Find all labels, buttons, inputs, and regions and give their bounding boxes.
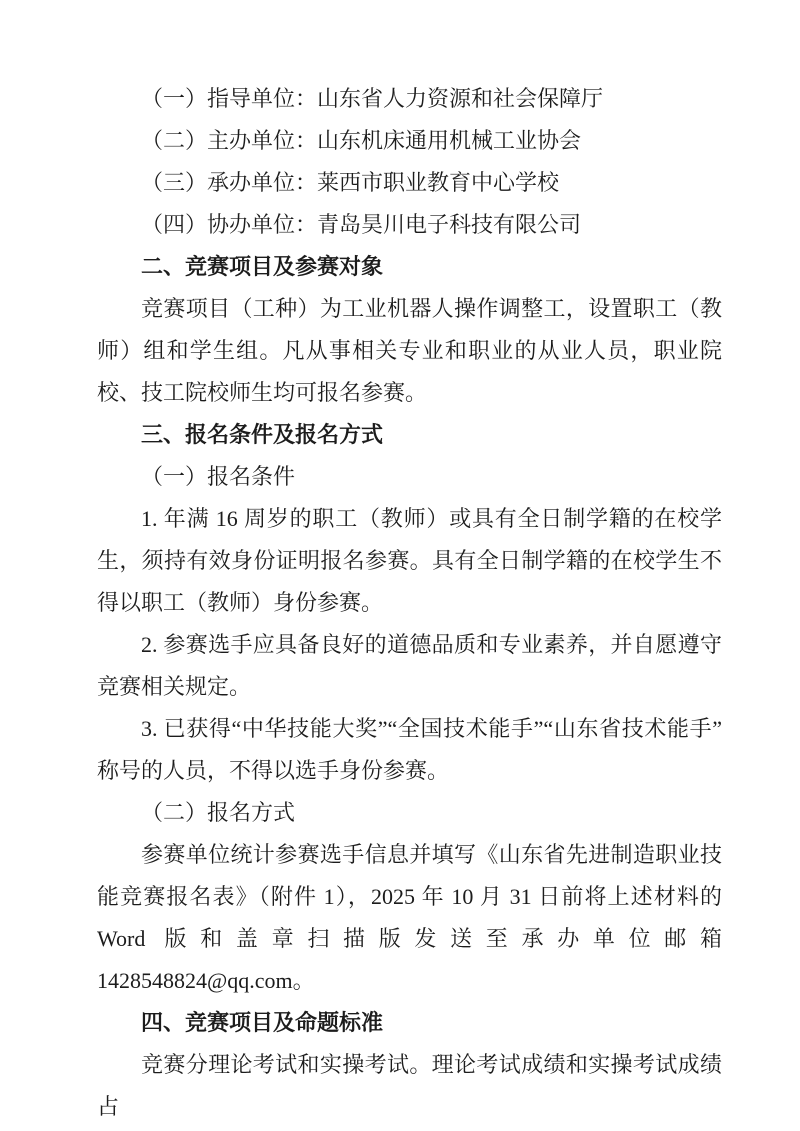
document-body: { "page": { "background_color": "#ffffff… [0, 0, 800, 1131]
organizer-unit-line: （三）承办单位：莱西市职业教育中心学校 [97, 162, 722, 204]
document-content: （一）指导单位：山东省人力资源和社会保障厅（二）主办单位：山东机床通用机械工业协… [0, 0, 800, 1128]
section-heading-2: 二、竞赛项目及参赛对象 [97, 246, 722, 288]
paragraph-project-and-participants: 竞赛项目（工种）为工业机器人操作调整工，设置职工（教师）组和学生组。凡从事相关专… [97, 288, 722, 414]
host-unit-line: （二）主办单位：山东机床通用机械工业协会 [97, 120, 722, 162]
guiding-unit-line: （一）指导单位：山东省人力资源和社会保障厅 [97, 78, 722, 120]
paragraph-registration-method: 参赛单位统计参赛选手信息并填写《山东省先进制造职业技能竞赛报名表》（附件 1），… [97, 834, 722, 1002]
document-page: （一）指导单位：山东省人力资源和社会保障厅（二）主办单位：山东机床通用机械工业协… [0, 0, 800, 1131]
section-heading-3: 三、报名条件及报名方式 [97, 414, 722, 456]
sub-heading-registration-method: （二）报名方式 [97, 792, 722, 834]
paragraph-exam-structure: 竞赛分理论考试和实操考试。理论考试成绩和实操考试成绩占 [97, 1044, 722, 1128]
co-organizer-unit-line: （四）协办单位：青岛昊川电子科技有限公司 [97, 204, 722, 246]
paragraph-condition-2: 2. 参赛选手应具备良好的道德品质和专业素养，并自愿遵守竞赛相关规定。 [97, 624, 722, 708]
sub-heading-registration-conditions: （一）报名条件 [97, 456, 722, 498]
paragraph-condition-1: 1. 年满 16 周岁的职工（教师）或具有全日制学籍的在校学生，须持有效身份证明… [97, 498, 722, 624]
section-heading-4: 四、竞赛项目及命题标准 [97, 1002, 722, 1044]
paragraph-condition-3: 3. 已获得“中华技能大奖”“全国技术能手”“山东省技术能手”称号的人员，不得以… [97, 708, 722, 792]
